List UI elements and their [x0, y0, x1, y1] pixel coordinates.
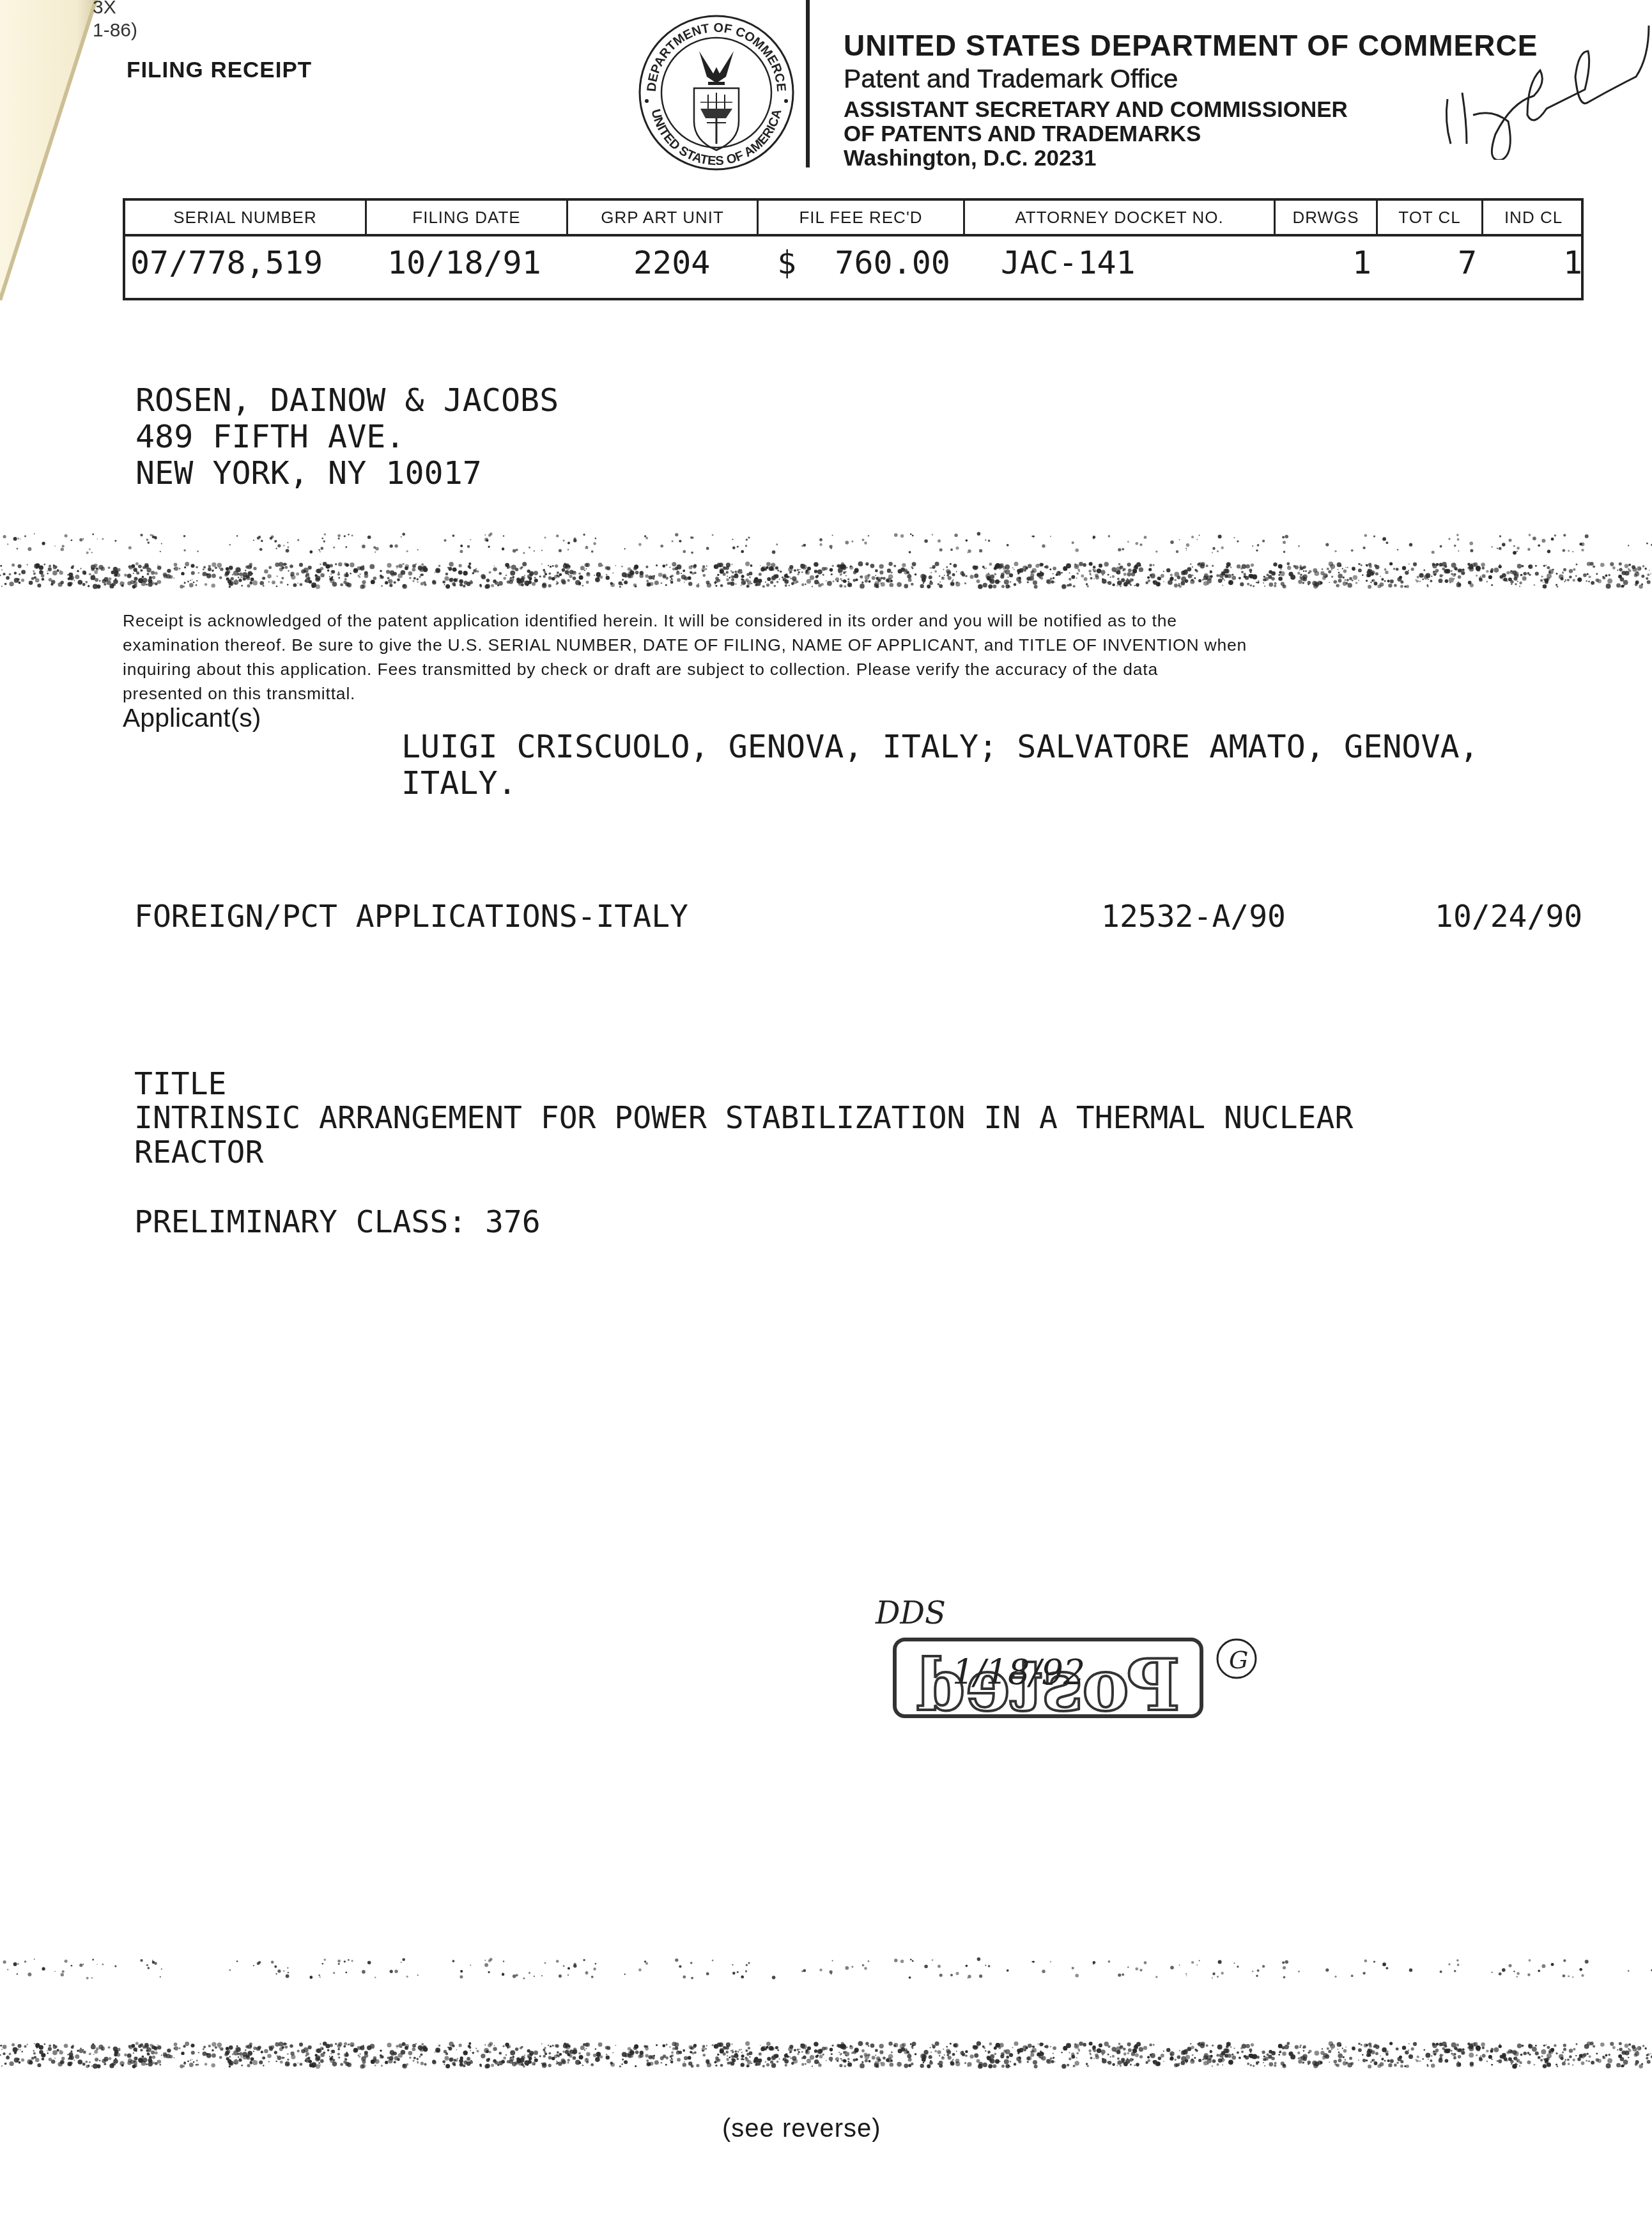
address-line: ROSEN, DAINOW & JACOBS	[135, 382, 559, 419]
header-filing-fee: FIL FEE REC'D	[759, 201, 965, 234]
notice-line: presented on this transmittal.	[123, 681, 1593, 706]
header-independent-claims: IND CL	[1483, 201, 1584, 234]
invention-title-line: INTRINSIC ARRANGEMENT FOR POWER STABILIZ…	[134, 1101, 1604, 1135]
total-claims-value: 7	[1458, 240, 1477, 285]
svg-text:1/18/92: 1/18/92	[952, 1652, 1085, 1693]
notice-line: Receipt is acknowledged of the patent ap…	[123, 609, 1593, 633]
office-name: Patent and Trademark Office	[844, 64, 1178, 94]
applicants-line: LUIGI CRISCUOLO, GENOVA, ITALY; SALVATOR…	[401, 729, 1616, 765]
preliminary-class: PRELIMINARY CLASS: 376	[134, 1204, 541, 1240]
table-header-row: SERIAL NUMBER FILING DATE GRP ART UNIT F…	[125, 201, 1581, 236]
form-code-line: 1-86)	[93, 19, 137, 42]
header-serial-number: SERIAL NUMBER	[125, 201, 367, 234]
notice-line: inquiring about this application. Fees t…	[123, 657, 1593, 681]
scan-noise-band	[0, 1943, 1652, 2001]
commissioner-line-2: OF PATENTS AND TRADEMARKS	[844, 121, 1201, 147]
invention-title-line: REACTOR	[134, 1135, 1604, 1170]
invention-title-label: TITLE	[134, 1066, 227, 1102]
notice-line: examination thereof. Be sure to give the…	[123, 633, 1593, 657]
document-title: FILING RECEIPT	[127, 58, 312, 83]
foreign-applications-label: FOREIGN/PCT APPLICATIONS-ITALY	[134, 899, 688, 934]
correspondence-address: ROSEN, DAINOW & JACOBS 489 FIFTH AVE. NE…	[135, 382, 559, 492]
invention-title: INTRINSIC ARRANGEMENT FOR POWER STABILIZ…	[134, 1101, 1604, 1170]
foreign-application-number: 12532-A/90	[1101, 899, 1286, 934]
posted-stamp: DDS Posted 1/18/92 G	[856, 1588, 1265, 1723]
header-total-claims: TOT CL	[1378, 201, 1483, 234]
independent-claims-value: 1	[1563, 240, 1582, 285]
applicants-list: LUIGI CRISCUOLO, GENOVA, ITALY; SALVATOR…	[401, 729, 1616, 802]
foreign-application-date: 10/24/90	[1435, 899, 1582, 934]
form-code-line: 3X	[93, 0, 137, 19]
commissioner-line-1: ASSISTANT SECRETARY AND COMMISSIONER	[844, 97, 1348, 123]
filing-info-table: SERIAL NUMBER FILING DATE GRP ART UNIT F…	[123, 198, 1584, 300]
header-filing-date: FILING DATE	[367, 201, 568, 234]
department-of-commerce-seal-icon: DEPARTMENT OF COMMERCE UNITED STATES OF …	[637, 13, 796, 173]
drawings-value: 1	[1352, 240, 1371, 285]
receipt-notice: Receipt is acknowledged of the patent ap…	[123, 609, 1593, 706]
address-line: NEW YORK, NY 10017	[135, 455, 559, 492]
handwritten-signature	[1432, 26, 1652, 160]
filing-fee-value: $ 760.00	[777, 240, 950, 285]
header-group-art-unit: GRP ART UNIT	[568, 201, 759, 234]
filing-date-value: 10/18/91	[387, 240, 541, 285]
scan-noise-band	[0, 2026, 1652, 2084]
header-drawings: DRWGS	[1276, 201, 1378, 234]
header-divider	[806, 0, 810, 167]
serial-number-value: 07/778,519	[130, 240, 323, 285]
svg-text:DDS: DDS	[875, 1595, 946, 1631]
applicants-line: ITALY.	[401, 765, 1616, 802]
address-line: 489 FIFTH AVE.	[135, 419, 559, 455]
agency-address: Washington, D.C. 20231	[844, 146, 1096, 171]
group-art-unit-value: 2204	[633, 240, 710, 285]
attorney-docket-value: JAC-141	[1001, 240, 1136, 285]
applicants-label: Applicant(s)	[123, 703, 261, 733]
form-code: 3X 1-86)	[93, 0, 137, 42]
svg-text:G: G	[1229, 1646, 1248, 1674]
header-attorney-docket: ATTORNEY DOCKET NO.	[965, 201, 1276, 234]
see-reverse-note: (see reverse)	[722, 2114, 881, 2143]
scan-noise-band	[0, 521, 1652, 598]
